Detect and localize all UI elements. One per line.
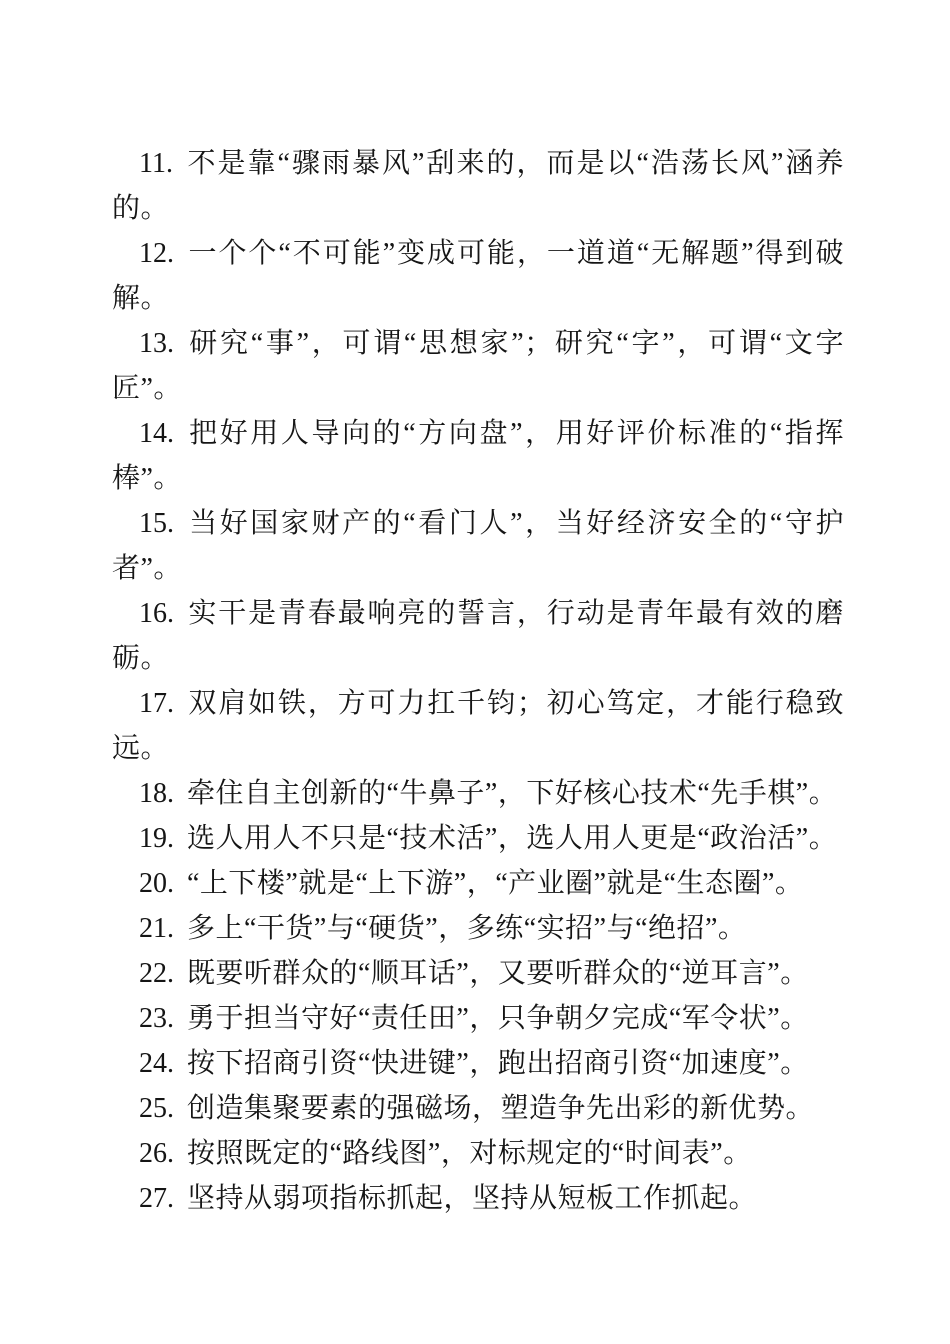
item-text: 不是靠“骤雨暴风”刮来的，而是以“浩荡长风”涵养的。 — [112, 148, 844, 224]
list-item-24: 24.按下招商引资“快进键”，跑出招商引资“加速度”。 — [112, 1041, 844, 1086]
item-text: 按照既定的“路线图”，对标规定的“时间表”。 — [187, 1138, 752, 1169]
item-text: 多上“干货”与“硬货”，多练“实招”与“绝招”。 — [187, 913, 746, 944]
list-item-27: 27.坚持从弱项指标抓起，坚持从短板工作抓起。 — [112, 1176, 844, 1221]
item-text: 当好国家财产的“看门人”，当好经济安全的“守护者”。 — [112, 508, 844, 584]
item-number: 15. — [139, 508, 174, 539]
item-number: 25. — [139, 1093, 174, 1124]
item-number: 16. — [139, 598, 174, 629]
list-item-15: 15.当好国家财产的“看门人”，当好经济安全的“守护者”。 — [112, 501, 844, 591]
list-item-18: 18.牵住自主创新的“牛鼻子”，下好核心技术“先手棋”。 — [112, 771, 844, 816]
item-text: 一个个“不可能”变成可能，一道道“无解题”得到破解。 — [112, 238, 844, 314]
item-number: 22. — [139, 958, 174, 989]
item-number: 17. — [139, 688, 174, 719]
list-item-11: 11.不是靠“骤雨暴风”刮来的，而是以“浩荡长风”涵养的。 — [112, 141, 844, 231]
item-text: 把好用人导向的“方向盘”，用好评价标准的“指挥棒”。 — [112, 418, 844, 494]
item-number: 13. — [139, 328, 174, 359]
item-text: 实干是青春最响亮的誓言，行动是青年最有效的磨砺。 — [112, 598, 844, 674]
item-number: 12. — [139, 238, 174, 269]
list-item-22: 22.既要听群众的“顺耳话”，又要听群众的“逆耳言”。 — [112, 951, 844, 996]
item-text: 坚持从弱项指标抓起，坚持从短板工作抓起。 — [187, 1183, 757, 1214]
item-text: 双肩如铁，方可力扛千钧；初心笃定，才能行稳致远。 — [112, 688, 844, 764]
list-item-14: 14.把好用人导向的“方向盘”，用好评价标准的“指挥棒”。 — [112, 411, 844, 501]
list-item-19: 19.选人用人不只是“技术活”，选人用人更是“政治活”。 — [112, 816, 844, 861]
list-item-23: 23.勇于担当守好“责任田”，只争朝夕完成“军令状”。 — [112, 996, 844, 1041]
item-number: 14. — [139, 418, 174, 449]
item-number: 26. — [139, 1138, 174, 1169]
list-item-20: 20.“上下楼”就是“上下游”，“产业圈”就是“生态圈”。 — [112, 861, 844, 906]
list-item-26: 26.按照既定的“路线图”，对标规定的“时间表”。 — [112, 1131, 844, 1176]
list-item-12: 12.一个个“不可能”变成可能，一道道“无解题”得到破解。 — [112, 231, 844, 321]
item-number: 21. — [139, 913, 174, 944]
item-text: 创造集聚要素的强磁场，塑造争先出彩的新优势。 — [187, 1093, 814, 1124]
list-item-13: 13.研究“事”，可谓“思想家”；研究“字”，可谓“文字匠”。 — [112, 321, 844, 411]
item-number: 24. — [139, 1048, 174, 1079]
item-number: 11. — [139, 148, 173, 179]
document-page: 11.不是靠“骤雨暴风”刮来的，而是以“浩荡长风”涵养的。 12.一个个“不可能… — [0, 0, 950, 1344]
item-text: 勇于担当守好“责任田”，只争朝夕完成“军令状”。 — [187, 1003, 809, 1034]
item-number: 20. — [139, 868, 174, 899]
item-number: 23. — [139, 1003, 174, 1034]
item-text: “上下楼”就是“上下游”，“产业圈”就是“生态圈”。 — [187, 868, 803, 899]
item-text: 既要听群众的“顺耳话”，又要听群众的“逆耳言”。 — [187, 958, 809, 989]
item-text: 牵住自主创新的“牛鼻子”，下好核心技术“先手棋”。 — [187, 778, 837, 809]
list-item-16: 16.实干是青春最响亮的誓言，行动是青年最有效的磨砺。 — [112, 591, 844, 681]
list-item-25: 25.创造集聚要素的强磁场，塑造争先出彩的新优势。 — [112, 1086, 844, 1131]
item-number: 18. — [139, 778, 174, 809]
item-text: 按下招商引资“快进键”，跑出招商引资“加速度”。 — [187, 1048, 809, 1079]
item-text: 选人用人不只是“技术活”，选人用人更是“政治活”。 — [187, 823, 837, 854]
item-number: 19. — [139, 823, 174, 854]
item-text: 研究“事”，可谓“思想家”；研究“字”，可谓“文字匠”。 — [112, 328, 844, 404]
list-item-17: 17.双肩如铁，方可力扛千钧；初心笃定，才能行稳致远。 — [112, 681, 844, 771]
item-number: 27. — [139, 1183, 174, 1214]
list-item-21: 21.多上“干货”与“硬货”，多练“实招”与“绝招”。 — [112, 906, 844, 951]
